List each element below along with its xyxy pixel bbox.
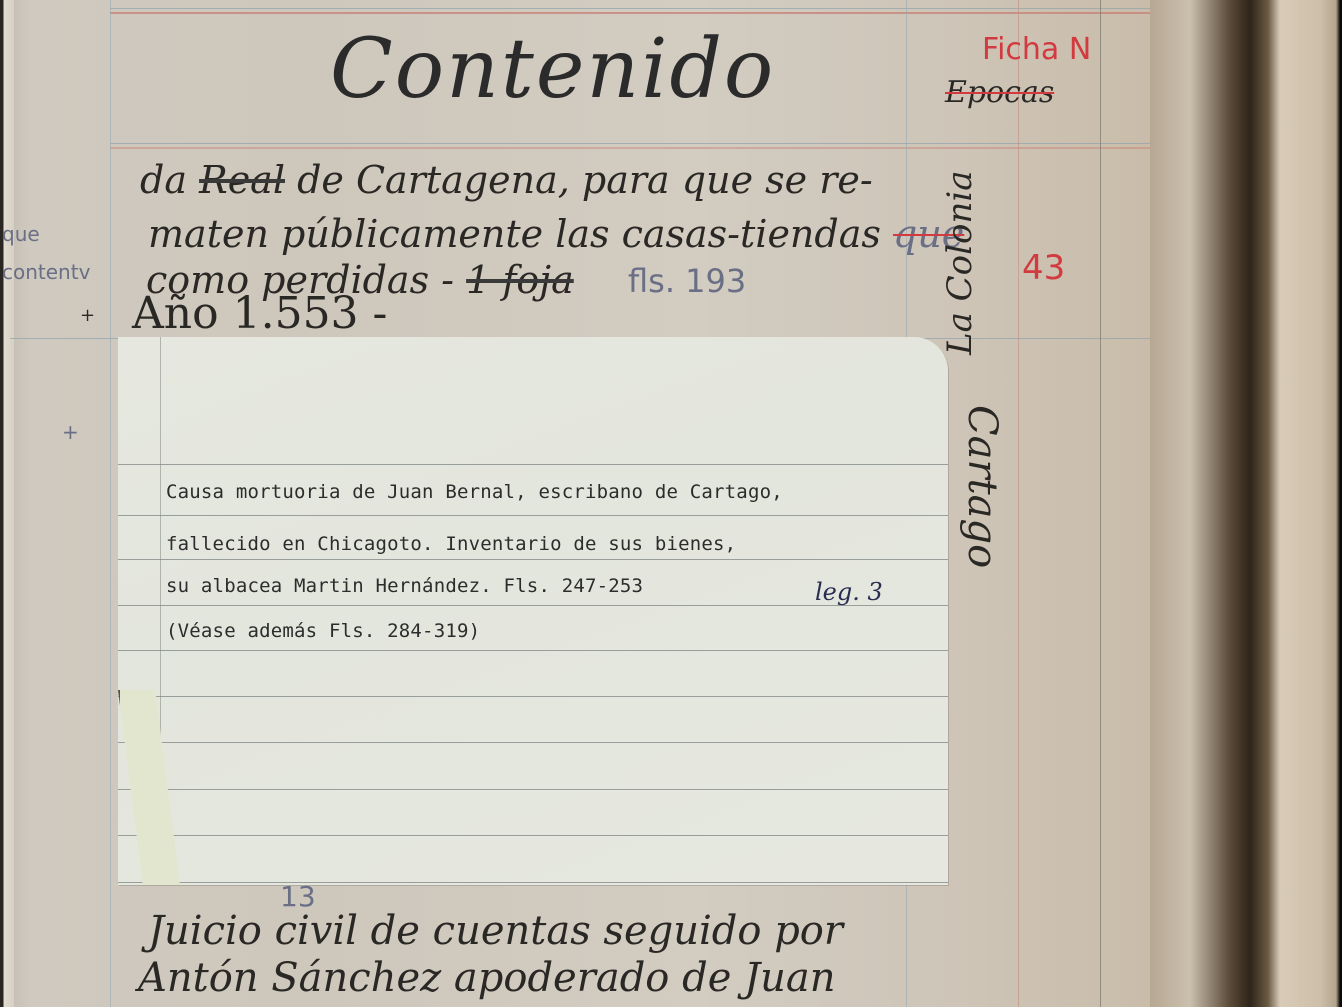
card-ruling [118, 515, 948, 516]
card-text-line-4: (Véase además Fls. 284-319) [166, 620, 480, 642]
entry-line-1-start: da [140, 158, 187, 202]
legajo-handwritten-note: leg. 3 [815, 578, 883, 606]
cross-marker: + [80, 305, 95, 326]
margin-line-left [110, 0, 111, 1007]
blue-ruling-top [110, 8, 1150, 9]
index-card [118, 337, 948, 885]
entry-struck-word: Real [199, 158, 285, 202]
epocas-struck-label: Epocas [945, 75, 1054, 110]
entry-struck-foja: 1 foja [466, 258, 574, 302]
entry-line-2-text: maten públicamente las casas-tiendas [148, 212, 881, 256]
card-ruling [118, 464, 948, 465]
card-ruling [118, 742, 948, 743]
entry-line-1: da Real de Cartagena, para que se re- [140, 158, 873, 202]
card-ruling [118, 835, 948, 836]
blue-ruling [110, 143, 1150, 144]
card-ruling [118, 696, 948, 697]
entry-year: Año 1.553 - [132, 288, 387, 339]
vertical-note-la-colonia: La Colonia [940, 170, 980, 355]
margin-line-red [1018, 0, 1019, 1007]
card-ruling [118, 789, 948, 790]
page-title: Contenido [330, 22, 775, 117]
left-margin-faint-note: contentv [2, 260, 90, 284]
book-spine-page-edges [1150, 0, 1342, 1007]
entry-line-1-end: de Cartagena, para que se re- [297, 158, 873, 202]
left-margin-cross: + [62, 420, 79, 444]
card-ruling [118, 559, 948, 560]
margin-line-far [1100, 0, 1101, 1007]
entry-line-2: maten públicamente las casas-tiendas que [148, 212, 964, 256]
card-text-line-1: Causa mortuoria de Juan Bernal, escriban… [166, 481, 783, 503]
page-left-edge [0, 0, 14, 1007]
ficha-number-label: Ficha N [982, 32, 1091, 67]
card-text-line-2: fallecido en Chicagoto. Inventario de su… [166, 533, 736, 555]
card-ruling [118, 882, 948, 883]
left-margin-faint-note: que [2, 222, 40, 246]
vertical-note-cartago: Cartago [959, 405, 1005, 568]
red-ruling-top [110, 12, 1150, 14]
bottom-entry-line-2: Antón Sánchez apoderado de Juan [138, 955, 836, 1001]
red-ruling [110, 147, 1150, 149]
bottom-entry-line-1: Juicio civil de cuentas seguido por [148, 908, 843, 954]
card-text-line-3: su albacea Martin Hernández. Fls. 247-25… [166, 575, 643, 597]
card-ruling [118, 650, 948, 651]
folio-pencil-note: fls. 193 [628, 262, 746, 300]
red-page-number: 43 [1022, 248, 1065, 288]
register-page: Contenido Ficha N Epocas da Real de Cart… [0, 0, 1150, 1007]
